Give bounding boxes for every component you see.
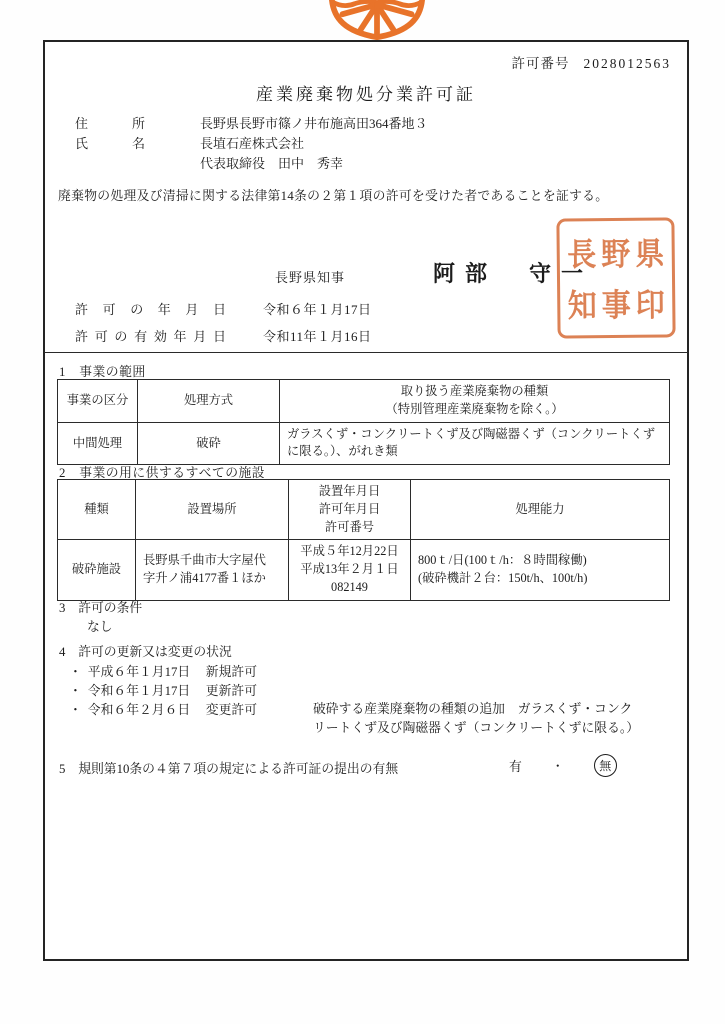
certification-statement: 廃棄物の処理及び清掃に関する法律第14条の２第１項の許可を受けた者であることを証… [58,185,608,204]
address-value: 長野県長野市篠ノ井布施高田364番地３ [200,116,428,131]
section3-value: なし [87,618,142,637]
permit-date-label: 許可の年月日 [75,296,227,323]
section-divider-rule [44,352,688,353]
permit-date-value: 令和６年１月17日 [263,302,372,317]
cell-dates-permitno: 平成５年12月22日 平成13年２月１日 082149 [289,540,411,600]
submission-options: 有 ・ 無 [509,754,617,777]
cell-process-method: 破砕 [138,422,280,465]
history-type: 更新許可 [206,684,257,698]
history-item: ・令和６年２月６日変更許可 [69,701,257,720]
history-date: 令和６年２月６日 [88,701,206,720]
cell-location: 長野県千曲市大字屋代 字升ノ浦4177番１ほか [136,540,289,600]
permit-number-line: 許可番号2028012563 [512,52,672,72]
history-type: 変更許可 [206,703,257,717]
option-no-circled: 無 [594,754,617,777]
section4-block: 4 許可の更新又は変更の状況 ・平成６年１月17日新規許可 ・令和６年１月17日… [59,643,257,720]
valid-date-row: 許可の有効年月日令和11年１月16日 [75,323,372,350]
history-item: ・平成６年１月17日新規許可 [69,663,257,682]
valid-date-value: 令和11年１月16日 [263,329,372,344]
name-row: 氏名長埴石産株式会社 [75,134,428,154]
table-header-row: 事業の区分 処理方式 取り扱う産業廃棄物の種類 （特別管理産業廃棄物を除く。） [58,380,670,423]
permit-number-label: 許可番号 [512,56,570,71]
governor-title: 長野県知事 [275,267,345,286]
certificate-border-frame: 許可番号2028012563 産業廃棄物処分業許可証 住所長野県長野市篠ノ井布施… [43,40,689,961]
col-header-location: 設置場所 [136,480,289,540]
cell-waste-types: ガラスくず・コンクリートくず及び陶磁器くず（コンクリートくずに限る。）、がれき類 [280,422,670,465]
option-yes: 有 [509,756,522,775]
section3-block: 3 許可の条件 なし [59,599,142,637]
permit-number-value: 2028012563 [584,56,672,71]
representative-name: 代表取締役 田中 秀幸 [200,154,428,174]
section5-block: 5 規則第10条の４第７項の規定による許可証の提出の有無 有 ・ 無 [59,758,677,777]
table-header-row: 種類 設置場所 設置年月日 許可年月日 許可番号 処理能力 [58,480,670,540]
col-header-process-method: 処理方式 [138,380,280,423]
cell-business-category: 中間処理 [58,422,138,465]
section3-heading: 3 許可の条件 [59,599,142,618]
table-row: 破砕施設 長野県千曲市大字屋代 字升ノ浦4177番１ほか 平成５年12月22日 … [58,540,670,600]
permit-history-list: ・平成６年１月17日新規許可 ・令和６年１月17日更新許可 ・令和６年２月６日変… [59,663,257,720]
permit-dates-block: 許可の年月日令和６年１月17日 許可の有効年月日令和11年１月16日 [75,296,372,350]
facilities-table: 種類 設置場所 設置年月日 許可年月日 許可番号 処理能力 破砕施設 長野県千曲… [57,479,670,601]
col-header-business-category: 事業の区分 [58,380,138,423]
history-date: 令和６年１月17日 [88,682,206,701]
history-item: ・令和６年１月17日更新許可 [69,682,257,701]
col-header-dates-permitno: 設置年月日 許可年月日 許可番号 [289,480,411,540]
section5-heading: 5 規則第10条の４第７項の規定による許可証の提出の有無 [59,758,398,777]
history-type: 新規許可 [206,665,257,679]
name-label: 氏名 [75,134,145,154]
business-scope-table: 事業の区分 処理方式 取り扱う産業廃棄物の種類 （特別管理産業廃棄物を除く。） … [57,379,670,465]
cell-capacity: 800ｔ/日(100ｔ/h：８時間稼働) (破砕機計２台：150t/h、100t… [411,540,670,600]
document-title: 産業廃棄物処分業許可証 [45,80,687,105]
address-label: 住所 [75,114,145,134]
history-date: 平成６年１月17日 [88,663,206,682]
change-permit-note: 破砕する産業廃棄物の種類の追加 ガラスくず・コンクリートくず及び陶磁器くず（コン… [313,700,645,738]
permit-date-row: 許可の年月日令和６年１月17日 [75,296,372,323]
section4-heading: 4 許可の更新又は変更の状況 [59,643,257,662]
option-separator: ・ [552,757,564,774]
cell-facility-type: 破砕施設 [58,540,136,600]
address-row: 住所長野県長野市篠ノ井布施高田364番地３ [75,114,428,134]
prefecture-crest-icon [329,0,425,40]
scanned-permit-page: { "colors":{"accent_orange":"#e8732a","s… [0,0,725,1024]
col-header-facility-type: 種類 [58,480,136,540]
governor-seal-stamp: 長 野 県 知 事 印 [556,217,675,338]
company-name: 長埴石産株式会社 [200,136,304,151]
section1-heading: 1 事業の範囲 [59,361,146,380]
valid-date-label: 許可の有効年月日 [75,323,227,350]
holder-info-block: 住所長野県長野市篠ノ井布施高田364番地３ 氏名長埴石産株式会社 代表取締役 田… [75,114,428,174]
col-header-waste-types: 取り扱う産業廃棄物の種類 （特別管理産業廃棄物を除く。） [280,380,670,423]
col-header-capacity: 処理能力 [411,480,670,540]
table-row: 中間処理 破砕 ガラスくず・コンクリートくず及び陶磁器くず（コンクリートくずに限… [58,422,670,465]
